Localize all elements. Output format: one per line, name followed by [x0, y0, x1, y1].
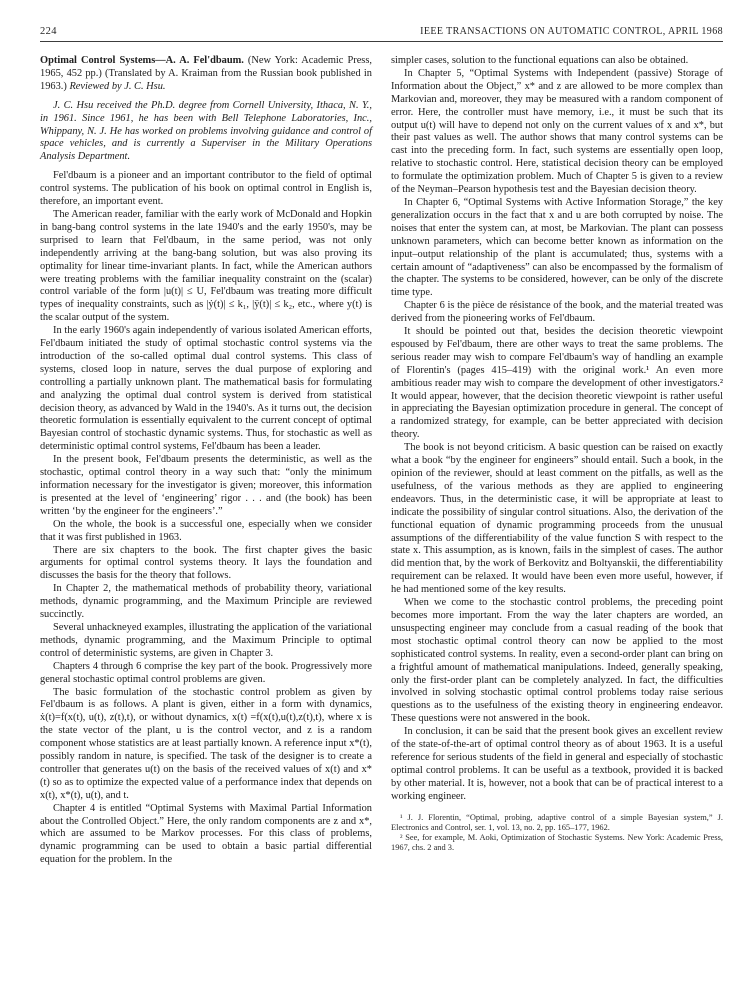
paragraph: In Chapter 6, “Optimal Systems with Acti… [391, 197, 723, 300]
paragraph: Several unhackneyed examples, illustrati… [40, 622, 372, 661]
paragraph: There are six chapters to the book. The … [40, 545, 372, 584]
page-header: 224 IEEE TRANSACTIONS ON AUTOMATIC CONTR… [40, 26, 723, 37]
paragraph: In the early 1960's again independently … [40, 325, 372, 454]
reviewed-by: Reviewed by J. C. Hsu. [69, 81, 165, 92]
footnote: ¹ J. J. Florentin, “Optimal, probing, ad… [391, 813, 723, 833]
right-column: simpler cases, solution to the functiona… [391, 55, 723, 867]
paragraph-continuation: simpler cases, solution to the functiona… [391, 55, 723, 68]
paragraph: The book is not beyond criticism. A basi… [391, 442, 723, 597]
paragraph: It should be pointed out that, besides t… [391, 326, 723, 442]
book-title: Optimal Control Systems—A. A. Fel'dbaum. [40, 55, 244, 66]
left-column: Optimal Control Systems—A. A. Fel'dbaum.… [40, 55, 372, 867]
paragraph: When we come to the stochastic control p… [391, 597, 723, 726]
footnote: ² See, for example, M. Aoki, Optimizatio… [391, 833, 723, 853]
page-number: 224 [40, 26, 57, 37]
paragraph: On the whole, the book is a successful o… [40, 519, 372, 545]
paragraph: Chapter 4 is entitled “Optimal Systems w… [40, 803, 372, 868]
reviewer-bio: J. C. Hsu received the Ph.D. degree from… [40, 100, 372, 165]
paragraph: In conclusion, it can be said that the p… [391, 726, 723, 803]
book-title-paragraph: Optimal Control Systems—A. A. Fel'dbaum.… [40, 55, 372, 94]
journal-page: 224 IEEE TRANSACTIONS ON AUTOMATIC CONTR… [0, 0, 755, 1000]
paragraph: Chapter 6 is the pièce de résistance of … [391, 300, 723, 326]
journal-title: IEEE TRANSACTIONS ON AUTOMATIC CONTROL, … [420, 26, 723, 37]
paragraph: In the present book, Fel'dbaum presents … [40, 454, 372, 519]
paragraph: Chapters 4 through 6 comprise the key pa… [40, 661, 372, 687]
article-body: Optimal Control Systems—A. A. Fel'dbaum.… [40, 55, 723, 867]
paragraph: The American reader, familiar with the e… [40, 209, 372, 325]
header-rule [40, 41, 723, 42]
paragraph: Fel'dbaum is a pioneer and an important … [40, 170, 372, 209]
paragraph: The basic formulation of the stochastic … [40, 687, 372, 803]
paragraph: In Chapter 2, the mathematical methods o… [40, 583, 372, 622]
paragraph: In Chapter 5, “Optimal Systems with Inde… [391, 68, 723, 197]
footnotes: ¹ J. J. Florentin, “Optimal, probing, ad… [391, 813, 723, 854]
